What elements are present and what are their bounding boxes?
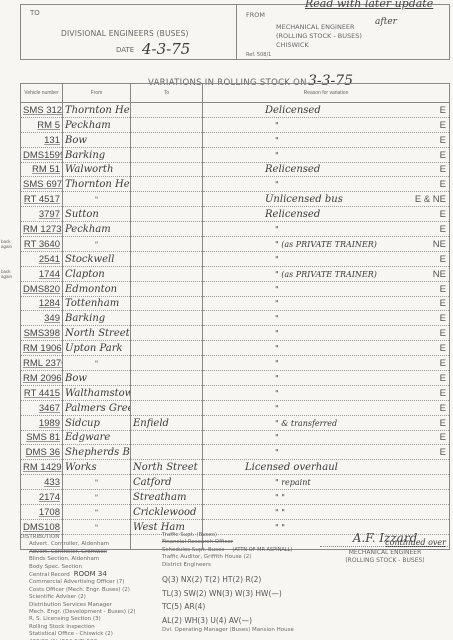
reason-cell: "E xyxy=(203,341,450,356)
from-location: Bow xyxy=(63,132,131,147)
to-location xyxy=(131,281,203,296)
reason-text: " xyxy=(205,120,279,132)
to-location: Enfield xyxy=(131,415,203,430)
reason-cell: "E xyxy=(203,385,450,400)
table-row: RT 4517"Unlicensed busE & NE xyxy=(21,192,450,207)
reason-text: " " xyxy=(205,492,285,504)
licensing-code: E xyxy=(440,284,447,296)
to-location xyxy=(131,222,203,237)
from-location: Walthamstow xyxy=(63,385,131,400)
from-location: Walworth xyxy=(63,162,131,177)
to-location: Streatham xyxy=(131,490,203,505)
distribution-entry-text: Scientific Adviser (2) xyxy=(29,594,86,600)
licensing-code: E xyxy=(440,150,447,162)
from-location: " xyxy=(63,356,131,371)
licensing-code: NE xyxy=(433,239,447,251)
vehicle-number: 433 xyxy=(21,475,63,490)
from-location: Thornton Heath xyxy=(63,177,131,192)
to-location xyxy=(131,326,203,341)
licensing-code: E xyxy=(440,432,447,444)
from-location: North Street xyxy=(63,326,131,341)
reason-text: " xyxy=(205,284,279,296)
from-location: Peckham xyxy=(63,117,131,132)
licensing-code: NE xyxy=(433,269,447,281)
reason-cell: "E xyxy=(203,281,450,296)
reason-cell: "E xyxy=(203,326,450,341)
distribution-entry-text: Mech. Engr. (Development - Buses) (2) xyxy=(29,609,136,615)
distribution-entry: Traffic Supt. (Buses) xyxy=(162,532,294,539)
table-row: RM 1906Upton Park"E xyxy=(21,341,450,356)
distribution-entry-text: Advert. Controller, Cromwell xyxy=(29,549,107,555)
reason-cell: DelicensedE xyxy=(203,103,450,118)
vehicle-number: RML 2370 xyxy=(21,356,63,371)
licensing-code: E xyxy=(440,179,447,191)
to-location xyxy=(131,296,203,311)
to-section: TO DIVISIONAL ENGINEERS (BUSES) DATE 4-3… xyxy=(21,5,237,59)
handwritten-annotation-after: after xyxy=(375,17,397,27)
distribution-entry: Advert. Controller, Cromwell xyxy=(20,549,136,556)
table-row: 2541Stockwell"E xyxy=(21,251,450,266)
from-location: " xyxy=(63,519,131,534)
vehicle-number: 2174 xyxy=(21,490,63,505)
distribution-entry: Rolling Stock Inspection xyxy=(20,624,136,631)
reason-text: " xyxy=(205,358,279,370)
to-location xyxy=(131,266,203,281)
to-location xyxy=(131,103,203,118)
reason-cell: Licensed overhaul xyxy=(203,460,450,475)
vehicle-number: RM 1273 xyxy=(21,222,63,237)
distribution-footer-line: Dvl. Operating Manager (Buses) Mansion H… xyxy=(162,627,294,634)
reason-text: " xyxy=(205,432,279,444)
distribution-entry: Central RecordROOM 34 xyxy=(20,571,136,579)
from-location: Sidcup xyxy=(63,415,131,430)
to-location xyxy=(131,385,203,400)
reason-cell: "E xyxy=(203,430,450,445)
table-row: RM 1273Peckham"E xyxy=(21,222,450,237)
signature-block: A.F. Izzard MECHANICAL ENGINEER (ROLLING… xyxy=(320,531,450,564)
vehicle-number: SMS 312 xyxy=(21,103,63,118)
table-row: 131Bow"E xyxy=(21,132,450,147)
reason-cell: "E xyxy=(203,132,450,147)
licensing-code: E & NE xyxy=(415,194,447,206)
vehicle-number: 1989 xyxy=(21,415,63,430)
from-line-2: (ROLLING STOCK - BUSES) xyxy=(276,32,362,40)
vehicle-number: RT 3640 xyxy=(21,237,63,252)
reason-cell: " & transferredE xyxy=(203,415,450,430)
from-location: Barking xyxy=(63,311,131,326)
distribution-entry-text: R. S. Licensing Section (3) xyxy=(29,616,101,622)
reason-cell: "E xyxy=(203,251,450,266)
table-row: DMS1599Barking"E xyxy=(21,147,450,162)
from-label: FROM xyxy=(246,11,265,19)
licensing-code: E xyxy=(440,403,447,415)
distribution-entry: Traffic Auditor, Griffith House (2) xyxy=(162,554,294,561)
vehicle-number: 1708 xyxy=(21,505,63,520)
licensing-code: E xyxy=(440,105,447,117)
table-row: 1284Tottenham"E xyxy=(21,296,450,311)
reason-cell: RelicensedE xyxy=(203,207,450,222)
reason-cell: "E xyxy=(203,222,450,237)
header-from: From xyxy=(63,84,131,103)
to-location xyxy=(131,251,203,266)
variations-table: Vehicle number From To Reason for variat… xyxy=(20,83,450,550)
reason-cell: "E xyxy=(203,371,450,386)
reason-text: Licensed overhaul xyxy=(205,462,338,474)
to-location xyxy=(131,400,203,415)
table-row: DMS 36Shepherds Bush"E xyxy=(21,445,450,460)
reason-cell: "E xyxy=(203,356,450,371)
table-row: 433"Catford" repaint xyxy=(21,475,450,490)
distribution-entry: R. S. Licensing Section (3) xyxy=(20,616,136,623)
to-location xyxy=(131,356,203,371)
distribution-entry-text: Financial Research Officer xyxy=(162,539,233,545)
distribution-entry: Distribution Services Manager xyxy=(20,602,136,609)
reason-cell: "E xyxy=(203,147,450,162)
to-location xyxy=(131,162,203,177)
to-location xyxy=(131,147,203,162)
distribution-entry: Financial Research Officer xyxy=(162,539,294,546)
distribution-entry-text: Body Spec. Section xyxy=(29,564,82,570)
vehicle-number: 2541 xyxy=(21,251,63,266)
vehicle-number: 3467 xyxy=(21,400,63,415)
signature-title-line-2: (ROLLING STOCK - BUSES) xyxy=(320,557,450,564)
distribution-entry-text: Distribution Services Manager xyxy=(29,602,112,608)
to-location xyxy=(131,430,203,445)
reason-text: " xyxy=(205,135,279,147)
reference-number: Ref. 508/1 xyxy=(246,52,271,58)
distribution-entry-text: Rolling Stock Inspection xyxy=(29,624,95,630)
district-code-line: TL(3) SW(2) WN(3) W(3) HW(—) xyxy=(162,587,294,601)
from-line-3: CHISWICK xyxy=(276,41,309,49)
vehicle-number: RT 4517 xyxy=(21,192,63,207)
table-row: 2174"Streatham" " xyxy=(21,490,450,505)
district-codes: Q(3) NX(2) T(2) HT(2) R(2)TL(3) SW(2) WN… xyxy=(162,573,294,627)
to-location: North Street xyxy=(131,460,203,475)
signature-title-line-1: MECHANICAL ENGINEER xyxy=(320,549,450,556)
reason-cell: " repaint xyxy=(203,475,450,490)
reason-cell: RelicensedE xyxy=(203,162,450,177)
distribution-middle: Traffic Supt. (Buses)Financial Research … xyxy=(162,532,294,634)
distribution-entry-note: (ATTN OF MR ASPINALL) xyxy=(224,547,292,553)
to-location xyxy=(131,311,203,326)
reason-cell: "E xyxy=(203,311,450,326)
reason-cell: "E xyxy=(203,400,450,415)
licensing-code: E xyxy=(440,254,447,266)
distribution-entry: Schedules Supt. Buses(ATTN OF MR ASPINAL… xyxy=(162,547,294,554)
reason-cell: "E xyxy=(203,445,450,460)
distribution-entry: Blinds Section, Aldenham xyxy=(20,556,136,563)
vehicle-number: RM 1429 xyxy=(21,460,63,475)
licensing-code: E xyxy=(440,447,447,459)
reason-text: " & transferred xyxy=(205,418,337,430)
from-location: " xyxy=(63,505,131,520)
to-location xyxy=(131,132,203,147)
from-location: Sutton xyxy=(63,207,131,222)
distribution-entry-note: ROOM 34 xyxy=(70,570,107,578)
vehicle-number: 1284 xyxy=(21,296,63,311)
table-row: 3797SuttonRelicensedE xyxy=(21,207,450,222)
table-row: RT 4415Walthamstow"E xyxy=(21,385,450,400)
licensing-code: E xyxy=(440,120,447,132)
vehicle-number: RT 4415 xyxy=(21,385,63,400)
from-location: Edgware xyxy=(63,430,131,445)
licensing-code: E xyxy=(440,373,447,385)
distribution-entry-text: Traffic Supt. (Buses) xyxy=(162,532,217,538)
reason-text: " xyxy=(205,254,279,266)
reason-cell: " " xyxy=(203,505,450,520)
margin-note: back again xyxy=(1,269,19,279)
table-row: 1708"Cricklewood" " xyxy=(21,505,450,520)
table-row: SMS 312Thornton HeathDelicensedE xyxy=(21,103,450,118)
reason-cell: "E xyxy=(203,296,450,311)
to-label: TO xyxy=(30,9,40,17)
reason-text: " xyxy=(205,447,279,459)
licensing-code: E xyxy=(440,164,447,176)
reason-text: Relicensed xyxy=(205,164,320,176)
from-location: Stockwell xyxy=(63,251,131,266)
distribution-middle-list: Traffic Supt. (Buses)Financial Research … xyxy=(162,532,294,569)
licensing-code: E xyxy=(440,418,447,430)
reason-text: " xyxy=(205,343,279,355)
reason-cell: "E xyxy=(203,117,450,132)
table-row: SMS 81Edgware"E xyxy=(21,430,450,445)
header-box: TO DIVISIONAL ENGINEERS (BUSES) DATE 4-3… xyxy=(20,4,450,60)
distribution-list: DISTRIBUTION Advert. Controller, Aldenha… xyxy=(20,534,136,640)
from-location: Upton Park xyxy=(63,341,131,356)
vehicle-number: RM 2096 xyxy=(21,371,63,386)
vehicle-number: 3797 xyxy=(21,207,63,222)
to-location xyxy=(131,237,203,252)
handwritten-annotation-top: Read with later update xyxy=(305,0,433,10)
date-label: DATE xyxy=(116,46,134,54)
from-location: Bow xyxy=(63,371,131,386)
from-location: " xyxy=(63,475,131,490)
licensing-code: E xyxy=(440,358,447,370)
table-row: RML 2370""E xyxy=(21,356,450,371)
licensing-code: E xyxy=(440,135,447,147)
distribution-entry-text: Advert. Controller, Aldenham xyxy=(29,541,109,547)
reason-text: Relicensed xyxy=(205,209,320,221)
table-row: 1989SidcupEnfield" & transferredE xyxy=(21,415,450,430)
table-row: SMS398North Street"E xyxy=(21,326,450,341)
from-location: Thornton Heath xyxy=(63,103,131,118)
from-line-1: MECHANICAL ENGINEER xyxy=(276,23,355,31)
reason-text: " repaint xyxy=(205,477,311,489)
reason-cell: Unlicensed busE & NE xyxy=(203,192,450,207)
from-location: Shepherds Bush xyxy=(63,445,131,460)
from-location: Edmonton xyxy=(63,281,131,296)
licensing-code: E xyxy=(440,224,447,236)
vehicle-number: DMS108 xyxy=(21,519,63,534)
signature: A.F. Izzard xyxy=(320,531,450,547)
to-location xyxy=(131,192,203,207)
distribution-entry: Mech. Engr. (Development - Buses) (2) xyxy=(20,609,136,616)
distribution-entry-text: Blinds Section, Aldenham xyxy=(29,556,99,562)
reason-cell: " (as PRIVATE TRAINER)NE xyxy=(203,266,450,281)
from-location: " xyxy=(63,237,131,252)
to-location xyxy=(131,445,203,460)
date-value: 4-3-75 xyxy=(142,40,190,58)
licensing-code: E xyxy=(440,298,447,310)
distribution-entry-text: Commercial Advertising Officer (7) xyxy=(29,579,124,585)
reason-cell: "E xyxy=(203,177,450,192)
table-row: DMS820Edmonton"E xyxy=(21,281,450,296)
reason-text: " xyxy=(205,328,279,340)
distribution-left-column: Advert. Controller, AldenhamAdvert. Cont… xyxy=(20,541,136,640)
distribution-entry: Commercial Advertising Officer (7) xyxy=(20,579,136,586)
from-location: Tottenham xyxy=(63,296,131,311)
distribution-entry-text: Schedules Supt. Buses xyxy=(162,547,224,553)
vehicle-number: RM 1906 xyxy=(21,341,63,356)
table-row: RM 1429WorksNorth StreetLicensed overhau… xyxy=(21,460,450,475)
from-location: Works xyxy=(63,460,131,475)
from-location: Peckham xyxy=(63,222,131,237)
margin-note: back again xyxy=(1,239,19,249)
table-header-row: Vehicle number From To Reason for variat… xyxy=(21,84,450,103)
vehicle-number: DMS 36 xyxy=(21,445,63,460)
licensing-code: E xyxy=(440,343,447,355)
from-location: Clapton xyxy=(63,266,131,281)
reason-text: " xyxy=(205,224,279,236)
reason-cell: " " xyxy=(203,490,450,505)
reason-cell: " (as PRIVATE TRAINER)NE xyxy=(203,237,450,252)
vehicle-number: 131 xyxy=(21,132,63,147)
reason-text: " xyxy=(205,150,279,162)
distribution-entry: Costs Officer (Mech. Engr. Buses) (2) xyxy=(20,587,136,594)
to-location xyxy=(131,341,203,356)
header-vehicle-number: Vehicle number xyxy=(21,84,63,103)
from-location: " xyxy=(63,192,131,207)
distribution-entry-text: Central Record xyxy=(29,572,70,578)
to-location xyxy=(131,207,203,222)
reason-text: " xyxy=(205,388,279,400)
licensing-code: E xyxy=(440,388,447,400)
to-location xyxy=(131,117,203,132)
reason-text: " " xyxy=(205,507,285,519)
vehicle-number: RM 5 xyxy=(21,117,63,132)
licensing-code: E xyxy=(440,328,447,340)
table-row: RM 2096Bow"E xyxy=(21,371,450,386)
licensing-code: E xyxy=(440,313,447,325)
reason-text: Delicensed xyxy=(205,105,321,117)
vehicle-number: SMS 81 xyxy=(21,430,63,445)
reason-text: " xyxy=(205,179,279,191)
table-row: 1744Clapton" (as PRIVATE TRAINER)NE xyxy=(21,266,450,281)
from-location: " xyxy=(63,490,131,505)
reason-text: " xyxy=(205,373,279,385)
table-row: RM 5Peckham"E xyxy=(21,117,450,132)
vehicle-number: DMS820 xyxy=(21,281,63,296)
to-recipient: DIVISIONAL ENGINEERS (BUSES) xyxy=(61,29,189,38)
reason-text: " (as PRIVATE TRAINER) xyxy=(205,269,377,281)
table-row: 349Barking"E xyxy=(21,311,450,326)
to-location: Catford xyxy=(131,475,203,490)
vehicle-number: 1744 xyxy=(21,266,63,281)
reason-text: Unlicensed bus xyxy=(205,194,343,206)
header-reason: Reason for variation xyxy=(203,84,450,103)
vehicle-number: SMS 697 xyxy=(21,177,63,192)
table-row: RT 3640"" (as PRIVATE TRAINER)NE xyxy=(21,237,450,252)
distribution-entry: Advert. Controller, Aldenham xyxy=(20,541,136,548)
reason-text: " xyxy=(205,298,279,310)
table-body: SMS 312Thornton HeathDelicensedERM 5Peck… xyxy=(21,103,450,550)
table-row: RM 51WalworthRelicensedE xyxy=(21,162,450,177)
distribution-entry-text: Traffic Auditor, Griffith House (2) xyxy=(162,554,251,560)
distribution-entry: District Engineers xyxy=(162,562,294,569)
vehicle-number: DMS1599 xyxy=(21,147,63,162)
from-location: Barking xyxy=(63,147,131,162)
vehicle-number: 349 xyxy=(21,311,63,326)
district-code-line: AL(2) WH(3) U(4) AV(—) xyxy=(162,614,294,628)
reason-text: " (as PRIVATE TRAINER) xyxy=(205,239,377,251)
licensing-code: E xyxy=(440,209,447,221)
from-section: FROM MECHANICAL ENGINEER (ROLLING STOCK … xyxy=(237,5,449,59)
from-location: Palmers Green xyxy=(63,400,131,415)
to-location xyxy=(131,177,203,192)
to-location xyxy=(131,371,203,386)
header-to: To xyxy=(131,84,203,103)
to-location: Cricklewood xyxy=(131,505,203,520)
distribution-entry: Statistical Office - Chiswick (2) xyxy=(20,631,136,638)
district-code-line: TC(5) AR(4) xyxy=(162,600,294,614)
vehicle-number: SMS398 xyxy=(21,326,63,341)
distribution-entry-text: District Engineers xyxy=(162,562,211,568)
table-row: 3467Palmers Green"E xyxy=(21,400,450,415)
distribution-entry-text: Statistical Office - Chiswick (2) xyxy=(29,631,113,637)
reason-text: " xyxy=(205,403,279,415)
distribution-entry-text: Costs Officer (Mech. Engr. Buses) (2) xyxy=(29,587,130,593)
distribution-entry: Scientific Adviser (2) xyxy=(20,594,136,601)
reason-text: " xyxy=(205,313,279,325)
distribution-label: DISTRIBUTION xyxy=(20,534,136,541)
district-code-line: Q(3) NX(2) T(2) HT(2) R(2) xyxy=(162,573,294,587)
vehicle-number: RM 51 xyxy=(21,162,63,177)
table-row: SMS 697Thornton Heath"E xyxy=(21,177,450,192)
